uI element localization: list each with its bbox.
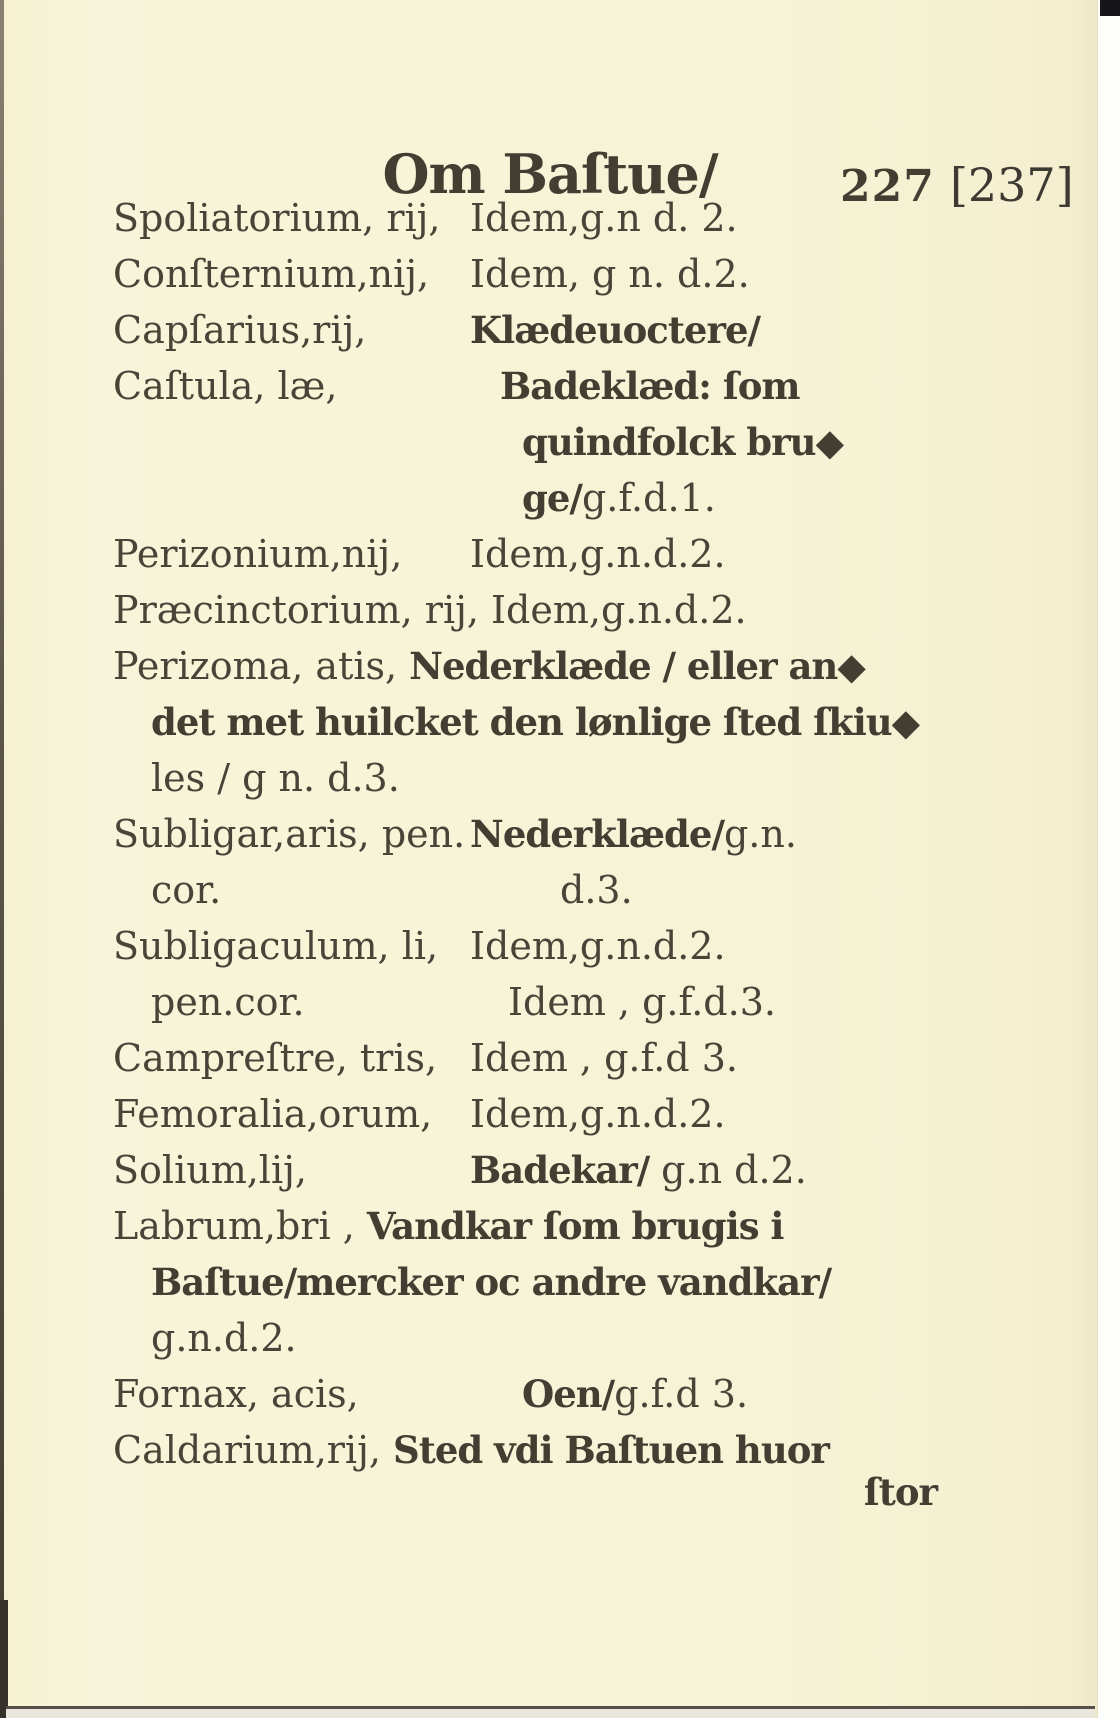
latin-text: d.3.: [560, 868, 633, 912]
entry-row: Caldarium,rij, Sted vdi Baſtuen huor: [113, 1422, 937, 1478]
entry-row: Caſtula, læ,Badeklæd: ſom: [113, 358, 937, 414]
danish-gloss-text: Badeklæd: ſom: [500, 364, 800, 408]
latin-text: g.n.: [724, 812, 797, 856]
latin-text: Subligaculum, li,: [113, 924, 438, 968]
latin-text: Femoralia,orum,: [113, 1092, 432, 1136]
entry-gloss-cell: Badekar/ g.n d.2.: [470, 1142, 937, 1198]
entry-gloss-cell: quindfolck bru◆: [470, 414, 937, 470]
entry-full-line: Præcinctorium, rij, Idem,g.n.d.2.: [113, 582, 937, 638]
latin-text: cor.: [151, 868, 221, 912]
entry-row: Femoralia,orum,Idem,g.n.d.2.: [113, 1086, 937, 1142]
entry-row: cor.d.3.: [113, 862, 937, 918]
entry-row: Conſternium,nij,Idem, g n. d.2.: [113, 246, 937, 302]
danish-gloss-text: ge/: [522, 476, 582, 520]
entry-lemma-cell: Caſtula, læ,: [113, 358, 470, 414]
entry-row: ge/g.f.d.1.: [113, 470, 937, 526]
entry-gloss-cell: Nederklæde/g.n.: [470, 806, 937, 862]
entry-row: det met huilcket den lønlige ſted ſkiu◆: [113, 694, 937, 750]
scan-corner-black-mark: [1100, 0, 1120, 16]
entry-full-line: det met huilcket den lønlige ſted ſkiu◆: [113, 694, 937, 750]
entry-row: Subligaculum, li,Idem,g.n.d.2.: [113, 918, 937, 974]
danish-gloss-text: Badekar/: [470, 1148, 661, 1192]
scan-left-edge-shadow: [0, 0, 4, 1718]
latin-text: Campreſtre, tris,: [113, 1036, 437, 1080]
entry-row: Capſarius,rij,Klædeuoctere/: [113, 302, 937, 358]
entry-row: Solium,lij,Badekar/ g.n d.2.: [113, 1142, 937, 1198]
entry-row: les / g n. d.3.: [113, 750, 937, 806]
entry-row: pen.cor.Idem , g.f.d.3.: [113, 974, 937, 1030]
latin-text: Idem,g.n.d.2.: [470, 532, 726, 576]
latin-text: les / g n. d.3.: [151, 756, 400, 800]
entry-lemma-cell: Femoralia,orum,: [113, 1086, 470, 1142]
entry-lemma-cell: Conſternium,nij,: [113, 246, 470, 302]
danish-gloss-text: det met huilcket den lønlige ſted ſkiu◆: [151, 700, 919, 744]
danish-gloss-text: Vandkar ſom brugis i: [367, 1204, 784, 1248]
entry-lemma-cell: Solium,lij,: [113, 1142, 470, 1198]
entry-gloss-cell: Idem , g.f.d 3.: [470, 1030, 937, 1086]
entry-lemma-cell: cor.: [113, 862, 508, 918]
entry-gloss-cell: ge/g.f.d.1.: [470, 470, 937, 526]
latin-text: Idem , g.f.d.3.: [508, 980, 776, 1024]
entry-row: quindfolck bru◆: [113, 414, 937, 470]
entry-full-line: Caldarium,rij, Sted vdi Baſtuen huor: [113, 1422, 937, 1478]
latin-text: Caldarium,rij,: [113, 1428, 393, 1472]
entry-gloss-cell: Idem, g n. d.2.: [470, 246, 937, 302]
entry-row: Labrum,bri , Vandkar ſom brugis i: [113, 1198, 937, 1254]
latin-text: pen.cor.: [151, 980, 305, 1024]
scan-right-margin-strip: [1097, 0, 1120, 1718]
entry-row: Baſtue/mercker oc andre vandkar/: [113, 1254, 937, 1310]
danish-gloss-text: ſtor: [864, 1470, 937, 1514]
text-block: Spoliatorium, rij,Idem,g.n d. 2.Conſtern…: [113, 190, 937, 1520]
entry-gloss-cell: d.3.: [508, 862, 937, 918]
scan-left-edge-shadow-bottom: [0, 1600, 8, 1718]
latin-text: Solium,lij,: [113, 1148, 307, 1192]
bracketed-page-number: [237]: [950, 158, 1074, 212]
entry-gloss-cell: Idem,g.n d. 2.: [470, 190, 937, 246]
entry-gloss-cell: Badeklæd: ſom: [470, 358, 937, 414]
latin-text: Idem,g.n.d.2.: [470, 1092, 726, 1136]
entry-full-line: g.n.d.2.: [113, 1310, 937, 1366]
latin-text: Labrum,bri ,: [113, 1204, 367, 1248]
entry-row: Præcinctorium, rij, Idem,g.n.d.2.: [113, 582, 937, 638]
latin-text: Conſternium,nij,: [113, 252, 429, 296]
entry-lemma-cell: Subligaculum, li,: [113, 918, 470, 974]
entry-row: g.n.d.2.: [113, 1310, 937, 1366]
latin-text: Idem,g.n d. 2.: [470, 196, 738, 240]
latin-text: g.n.d.2.: [151, 1316, 297, 1360]
danish-gloss-text: Klædeuoctere/: [470, 308, 760, 352]
entry-full-line: Labrum,bri , Vandkar ſom brugis i: [113, 1198, 937, 1254]
scan-bottom-edge-shadow: [6, 1709, 1095, 1718]
latin-text: Capſarius,rij,: [113, 308, 366, 352]
latin-text: Idem,g.n.d.2.: [470, 924, 726, 968]
entry-full-line: Perizoma, atis, Nederklæde / eller an◆: [113, 638, 937, 694]
danish-gloss-text: quindfolck bru◆: [522, 420, 843, 464]
latin-text: Idem , g.f.d 3.: [470, 1036, 738, 1080]
entry-row: Perizonium,nij,Idem,g.n.d.2.: [113, 526, 937, 582]
entry-lemma-cell: Capſarius,rij,: [113, 302, 470, 358]
latin-text: Spoliatorium, rij,: [113, 196, 441, 240]
entry-row: Subligar,aris, pen.Nederklæde/g.n.: [113, 806, 937, 862]
entry-lemma-cell: Subligar,aris, pen.: [113, 806, 470, 862]
entry-row: Fornax, acis,Oen/g.f.d 3.: [113, 1366, 937, 1422]
entry-gloss-cell: Idem,g.n.d.2.: [470, 1086, 937, 1142]
danish-gloss-text: Nederklæde/: [470, 812, 724, 856]
latin-text: Fornax, acis,: [113, 1372, 359, 1416]
entry-row: Spoliatorium, rij,Idem,g.n d. 2.: [113, 190, 937, 246]
latin-text: Subligar,aris, pen.: [113, 812, 465, 856]
entry-lemma-cell: Campreſtre, tris,: [113, 1030, 470, 1086]
entry-lemma-cell: Fornax, acis,: [113, 1366, 470, 1422]
danish-gloss-text: Baſtue/mercker oc andre vandkar/: [151, 1260, 831, 1304]
danish-gloss-text: Nederklæde / eller an◆: [409, 644, 865, 688]
latin-text: Præcinctorium, rij, Idem,g.n.d.2.: [113, 588, 747, 632]
latin-text: g.n d.2.: [661, 1148, 807, 1192]
entry-gloss-cell: Klædeuoctere/: [470, 302, 937, 358]
latin-text: g.f.d.1.: [582, 476, 716, 520]
danish-gloss-text: Oen/: [522, 1372, 614, 1416]
entry-row: Perizoma, atis, Nederklæde / eller an◆: [113, 638, 937, 694]
entry-full-line: les / g n. d.3.: [113, 750, 937, 806]
entry-gloss-cell: Idem,g.n.d.2.: [470, 918, 937, 974]
entry-row: Campreſtre, tris,Idem , g.f.d 3.: [113, 1030, 937, 1086]
entry-lemma-cell: pen.cor.: [113, 974, 508, 1030]
entry-gloss-cell: Idem,g.n.d.2.: [470, 526, 937, 582]
latin-text: Idem, g n. d.2.: [470, 252, 750, 296]
entry-lemma-cell: Spoliatorium, rij,: [113, 190, 470, 246]
entry-full-line: Baſtue/mercker oc andre vandkar/: [113, 1254, 937, 1310]
entry-gloss-cell: Oen/g.f.d 3.: [470, 1366, 937, 1422]
latin-text: g.f.d 3.: [614, 1372, 748, 1416]
latin-text: Perizonium,nij,: [113, 532, 402, 576]
danish-gloss-text: Sted vdi Baſtuen huor: [393, 1428, 829, 1472]
latin-text: Caſtula, læ,: [113, 364, 337, 408]
entry-gloss-cell: Idem , g.f.d.3.: [508, 974, 937, 1030]
entry-lemma-cell: Perizonium,nij,: [113, 526, 470, 582]
latin-text: Perizoma, atis,: [113, 644, 409, 688]
